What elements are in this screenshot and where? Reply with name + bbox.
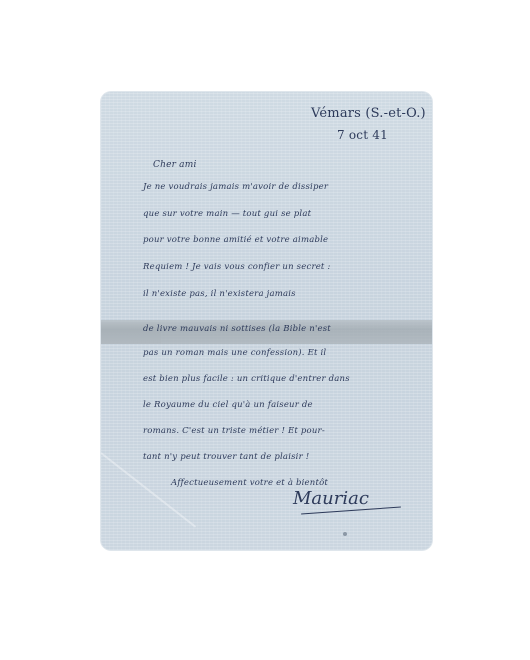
letter-line: tant n'y peut trouver tant de plaisir ! <box>143 452 309 462</box>
letter-line: pas un roman mais une confession). Et il <box>143 348 326 358</box>
ink-spot <box>343 532 347 536</box>
letter-line: Je ne voudrais jamais m'avoir de dissipe… <box>143 182 328 192</box>
letter-line: romans. C'est un triste métier ! Et pour… <box>143 426 325 436</box>
signature: Mauriac <box>293 488 369 509</box>
paper-crease <box>100 452 196 527</box>
letter-line: pour votre bonne amitié et votre aimable <box>143 235 328 245</box>
letter-line: Requiem ! Je vais vous confier un secret… <box>143 262 331 272</box>
letter-date: 7 oct 41 <box>337 128 388 142</box>
letter-line: que sur votre main — tout gui se plat <box>143 209 311 219</box>
letter-line: de livre mauvais ni sottises (la Bible n… <box>143 324 331 334</box>
letter-salutation: Cher ami <box>153 160 197 170</box>
letter-line: est bien plus facile : un critique d'ent… <box>143 374 350 384</box>
letter-place: Vémars (S.-et-O.) <box>311 106 426 121</box>
letter-card: Vémars (S.-et-O.) 7 oct 41 Cher ami Je n… <box>101 92 432 550</box>
letter-line: il n'existe pas, il n'existera jamais <box>143 289 296 299</box>
letter-closing: Affectueusement votre et à bientôt <box>171 478 328 488</box>
letter-line: le Royaume du ciel qu'à un faiseur de <box>143 400 313 410</box>
